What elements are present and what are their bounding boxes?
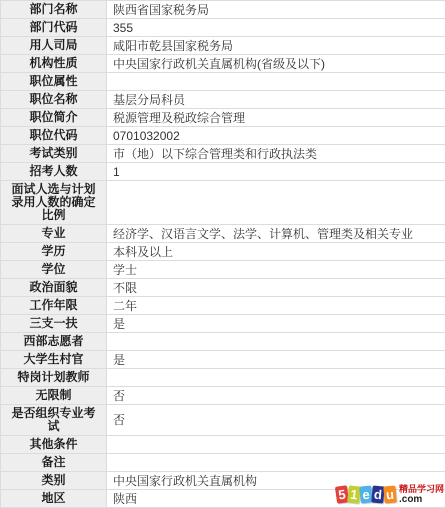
row-value: 基层分局科员 <box>107 91 445 109</box>
row-label: 地区 <box>1 490 107 508</box>
table-row: 职位属性 <box>1 73 445 91</box>
table-row: 备注 <box>1 454 445 472</box>
row-label: 部门名称 <box>1 1 107 19</box>
row-value: 学士 <box>107 261 445 279</box>
row-label: 工作年限 <box>1 297 107 315</box>
row-value: 否 <box>107 387 445 405</box>
row-value: 0701032002 <box>107 127 445 145</box>
row-label: 无限制 <box>1 387 107 405</box>
row-value <box>107 436 445 454</box>
row-value <box>107 181 445 225</box>
table-row: 职位简介 税源管理及税政综合管理 <box>1 109 445 127</box>
row-value: 陕西 <box>107 490 445 508</box>
table-body: 部门名称 陕西省国家税务局 部门代码 355 用人司局 咸阳市乾县国家税务局 机… <box>1 1 445 508</box>
row-value: 咸阳市乾县国家税务局 <box>107 37 445 55</box>
row-label: 面试人选与计划录用人数的确定比例 <box>1 181 107 225</box>
row-label: 其他条件 <box>1 436 107 454</box>
row-label: 职位代码 <box>1 127 107 145</box>
row-label: 专业 <box>1 225 107 243</box>
table-row: 考试类别 市（地）以下综合管理类和行政执法类 <box>1 145 445 163</box>
table-row: 地区 陕西 <box>1 490 445 508</box>
table-row: 面试人选与计划录用人数的确定比例 <box>1 181 445 225</box>
table-row: 类别 中央国家行政机关直属机构 <box>1 472 445 490</box>
row-value <box>107 73 445 91</box>
row-label: 政治面貌 <box>1 279 107 297</box>
row-value: 市（地）以下综合管理类和行政执法类 <box>107 145 445 163</box>
row-label: 学历 <box>1 243 107 261</box>
row-label: 用人司局 <box>1 37 107 55</box>
table-row: 机构性质 中央国家行政机关直属机构(省级及以下) <box>1 55 445 73</box>
row-value: 税源管理及税政综合管理 <box>107 109 445 127</box>
table-row: 招考人数 1 <box>1 163 445 181</box>
row-value: 否 <box>107 405 445 436</box>
table-row: 三支一扶 是 <box>1 315 445 333</box>
row-value: 中央国家行政机关直属机构(省级及以下) <box>107 55 445 73</box>
row-value <box>107 333 445 351</box>
table-row: 大学生村官 是 <box>1 351 445 369</box>
row-value: 是 <box>107 315 445 333</box>
row-value: 是 <box>107 351 445 369</box>
table-row: 职位名称 基层分局科员 <box>1 91 445 109</box>
table-row: 工作年限 二年 <box>1 297 445 315</box>
row-label: 西部志愿者 <box>1 333 107 351</box>
row-label: 招考人数 <box>1 163 107 181</box>
row-label: 机构性质 <box>1 55 107 73</box>
table-row: 特岗计划教师 <box>1 369 445 387</box>
row-label: 考试类别 <box>1 145 107 163</box>
table-row: 学位 学士 <box>1 261 445 279</box>
row-label: 特岗计划教师 <box>1 369 107 387</box>
row-value: 二年 <box>107 297 445 315</box>
table-row: 无限制 否 <box>1 387 445 405</box>
row-label: 备注 <box>1 454 107 472</box>
row-label: 学位 <box>1 261 107 279</box>
row-value: 中央国家行政机关直属机构 <box>107 472 445 490</box>
row-label: 部门代码 <box>1 19 107 37</box>
job-detail-table: 部门名称 陕西省国家税务局 部门代码 355 用人司局 咸阳市乾县国家税务局 机… <box>0 0 445 508</box>
row-value: 本科及以上 <box>107 243 445 261</box>
table-row: 用人司局 咸阳市乾县国家税务局 <box>1 37 445 55</box>
row-value <box>107 369 445 387</box>
row-value: 不限 <box>107 279 445 297</box>
row-label: 类别 <box>1 472 107 490</box>
table-row: 政治面貌 不限 <box>1 279 445 297</box>
table-row: 部门名称 陕西省国家税务局 <box>1 1 445 19</box>
row-value <box>107 454 445 472</box>
table-row: 西部志愿者 <box>1 333 445 351</box>
table-row: 专业 经济学、汉语言文学、法学、计算机、管理类及相关专业 <box>1 225 445 243</box>
table-row: 职位代码 0701032002 <box>1 127 445 145</box>
row-label: 职位名称 <box>1 91 107 109</box>
table-row: 是否组织专业考试 否 <box>1 405 445 436</box>
table-row: 其他条件 <box>1 436 445 454</box>
table-row: 部门代码 355 <box>1 19 445 37</box>
row-label: 三支一扶 <box>1 315 107 333</box>
job-detail-page: 部门名称 陕西省国家税务局 部门代码 355 用人司局 咸阳市乾县国家税务局 机… <box>0 0 445 508</box>
row-value: 陕西省国家税务局 <box>107 1 445 19</box>
row-value: 经济学、汉语言文学、法学、计算机、管理类及相关专业 <box>107 225 445 243</box>
row-value: 1 <box>107 163 445 181</box>
row-label: 职位属性 <box>1 73 107 91</box>
table-row: 学历 本科及以上 <box>1 243 445 261</box>
row-value: 355 <box>107 19 445 37</box>
row-label: 大学生村官 <box>1 351 107 369</box>
row-label: 职位简介 <box>1 109 107 127</box>
row-label: 是否组织专业考试 <box>1 405 107 436</box>
